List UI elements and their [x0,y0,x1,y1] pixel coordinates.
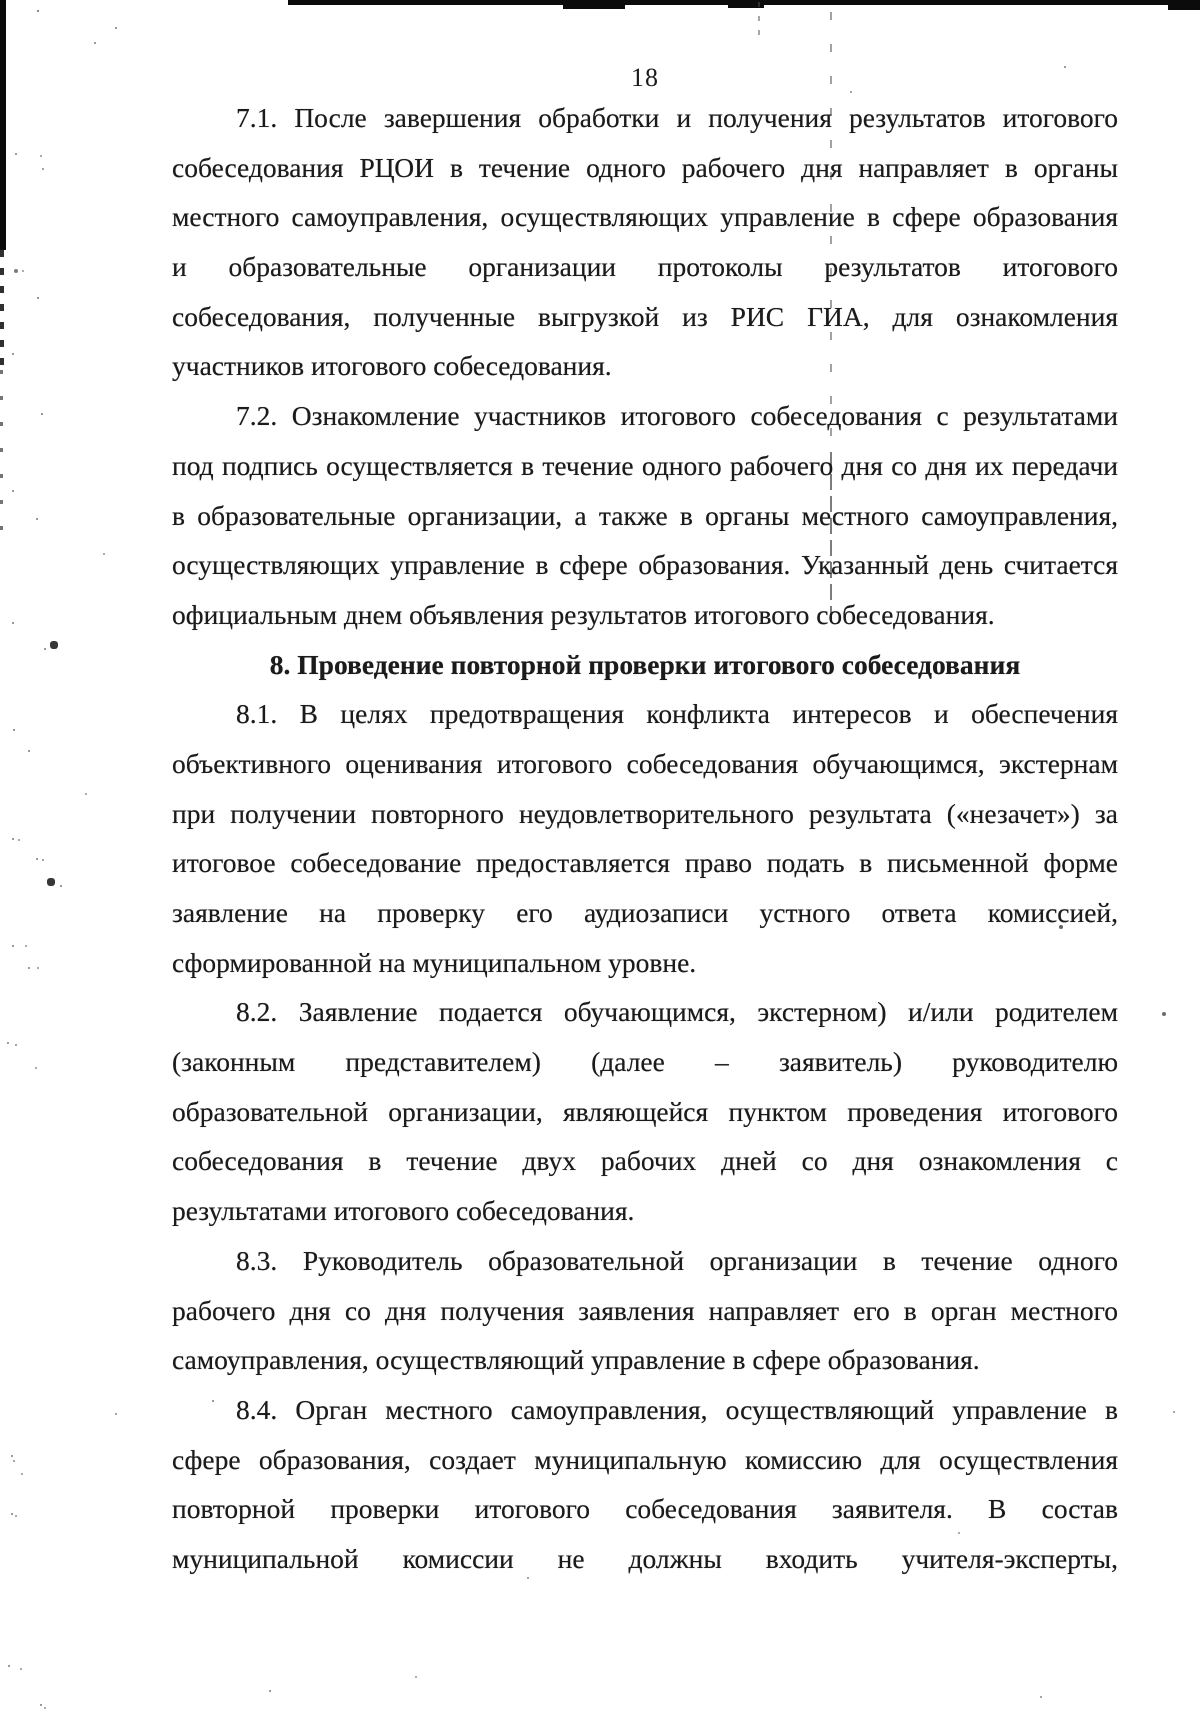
text-line: 7.1. После завершения обработки и получе… [172,93,1118,143]
text-line: под подпись осуществляется в течение одн… [172,441,1118,491]
line-text: повторной проверки итогового собеседован… [172,1493,1118,1524]
line-text: муниципальной комиссии не должны входить… [172,1543,1118,1574]
document-body: 7.1. После завершения обработки и получе… [172,93,1118,1584]
text-line: в образовательные организации, а также в… [172,491,1118,541]
line-text: 7.2. Ознакомление участников итогового с… [236,400,1118,431]
line-text: собеседования в течение двух рабочих дне… [172,1145,1118,1176]
line-text: 8.3. Руководитель образовательной органи… [236,1245,1118,1276]
line-text: 8.1. В целях предотвращения конфликта ин… [236,698,1118,729]
text-line: сформированной на муниципальном уровне. [172,938,1118,988]
text-line: (законным представителем) (далее – заяви… [172,1037,1118,1087]
line-text: сформированной на муниципальном уровне. [172,947,696,978]
line-text: участников итогового собеседования. [172,350,612,381]
text-line: итоговое собеседование предоставляется п… [172,838,1118,888]
scan-speckles [0,0,2,2]
text-line: 8.1. В целях предотвращения конфликта ин… [172,689,1118,739]
line-text: заявление на проверку его аудиозаписи ус… [172,897,1118,928]
line-text: и образовательные организации протоколы … [172,251,1118,282]
text-line: повторной проверки итогового собеседован… [172,1484,1118,1534]
line-text: собеседования РЦОИ в течение одного рабо… [172,152,1118,183]
heading-text: 8. Проведение повторной проверки итогово… [270,649,1020,680]
line-text: под подпись осуществляется в течение одн… [172,450,1118,481]
text-line: местного самоуправления, осуществляющих … [172,192,1118,242]
line-text: 7.1. После завершения обработки и получе… [236,102,1118,133]
line-text: осуществляющих управление в сфере образо… [172,549,1118,580]
text-line: собеседования, полученные выгрузкой из Р… [172,292,1118,342]
text-line: самоуправления, осуществляющий управлени… [172,1335,1118,1385]
line-text: сфере образования, создает муниципальную… [172,1444,1118,1475]
section-heading: 8. Проведение повторной проверки итогово… [172,640,1118,690]
text-line: собеседования в течение двух рабочих дне… [172,1136,1118,1186]
text-line: официальным днем объявления результатов … [172,590,1118,640]
text-line: результатами итогового собеседования. [172,1186,1118,1236]
line-text: самоуправления, осуществляющий управлени… [172,1344,980,1375]
scan-left-edge-artifact [0,0,6,250]
text-line: сфере образования, создает муниципальную… [172,1435,1118,1485]
line-text: 8.2. Заявление подается обучающимся, экс… [236,996,1118,1027]
text-line: 7.2. Ознакомление участников итогового с… [172,391,1118,441]
text-line: муниципальной комиссии не должны входить… [172,1534,1118,1584]
scan-top-edge-blob [563,0,625,9]
text-line: и образовательные организации протоколы … [172,242,1118,292]
text-line: объективного оценивания итогового собесе… [172,739,1118,789]
text-line: 8.3. Руководитель образовательной органи… [172,1236,1118,1286]
line-text: в образовательные организации, а также в… [172,500,1118,531]
text-line: образовательной организации, являющейся … [172,1087,1118,1137]
scan-vertical-dotted-line [758,2,760,44]
line-text: при получении повторного неудовлетворите… [172,798,1118,829]
line-text: собеседования, полученные выгрузкой из Р… [172,301,1118,332]
scan-top-edge-blob [1168,0,1200,10]
page-number: 18 [172,62,1118,94]
line-text: объективного оценивания итогового собесе… [172,748,1118,779]
text-line: осуществляющих управление в сфере образо… [172,540,1118,590]
text-line: заявление на проверку его аудиозаписи ус… [172,888,1118,938]
line-text: местного самоуправления, осуществляющих … [172,201,1118,232]
text-line: собеседования РЦОИ в течение одного рабо… [172,143,1118,193]
line-text: официальным днем объявления результатов … [172,599,995,630]
text-line: 8.4. Орган местного самоуправления, осущ… [172,1385,1118,1435]
text-line: участников итогового собеседования. [172,341,1118,391]
line-text: итоговое собеседование предоставляется п… [172,847,1118,878]
line-text: рабочего дня со дня получения заявления … [172,1295,1118,1326]
line-text: образовательной организации, являющейся … [172,1096,1118,1127]
scanned-document-page: 18 7.1. После завершения обработки и пол… [0,0,1200,1716]
text-line: рабочего дня со дня получения заявления … [172,1286,1118,1336]
text-line: 8.2. Заявление подается обучающимся, экс… [172,987,1118,1037]
line-text: (законным представителем) (далее – заяви… [172,1046,1118,1077]
text-line: при получении повторного неудовлетворите… [172,789,1118,839]
scan-left-edge-dashes [0,250,4,370]
line-text: 8.4. Орган местного самоуправления, осущ… [236,1394,1118,1425]
line-text: результатами итогового собеседования. [172,1195,634,1226]
scan-left-edge-dots [0,370,3,530]
